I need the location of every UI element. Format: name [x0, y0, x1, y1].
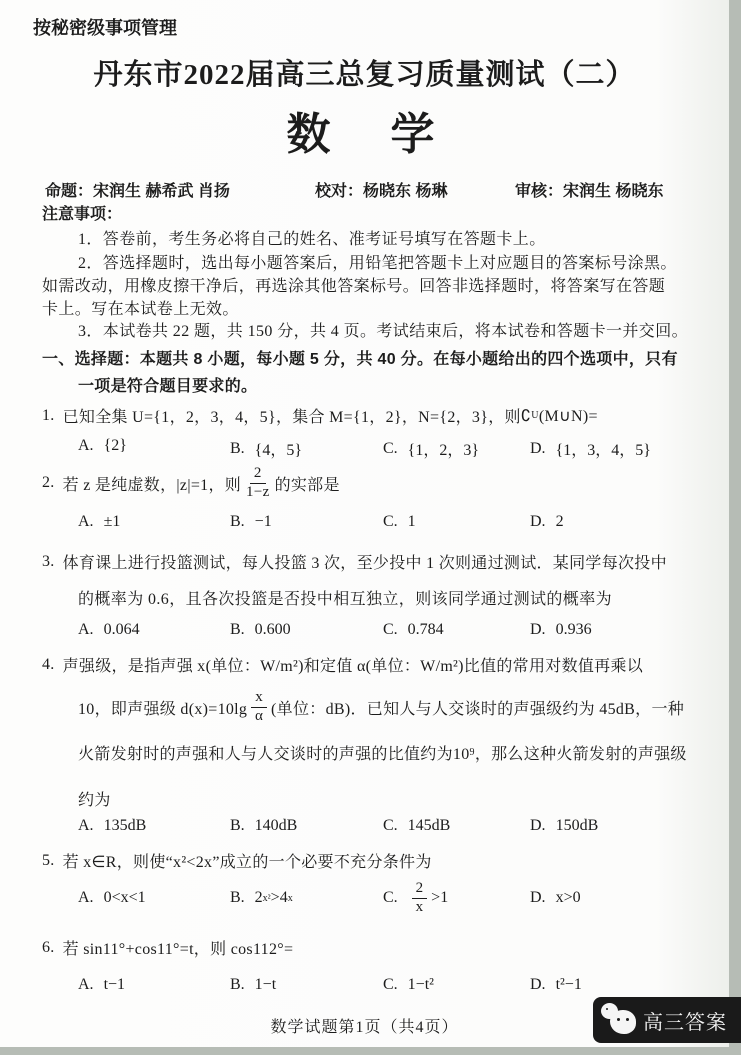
question-6: 6. 若 sin11°+cos11°=t，则 cos112°= — [42, 936, 293, 959]
notice-item-2-cont2: 卡上。写在本试卷上无效。 — [42, 296, 239, 319]
option-d: D.150dB — [530, 817, 598, 835]
subject-title: 数 学 — [0, 98, 729, 162]
option-c: C.1−t² — [383, 976, 434, 994]
option-c: C. 2 x >1 — [383, 878, 448, 918]
option-c: C.145dB — [383, 817, 450, 835]
question-5-options: A.0<x<1 B.2x²>4x C. 2 x >1 D.x>0 — [0, 878, 729, 918]
question-2-options: A.±1 B.−1 C.1 D.2 — [0, 513, 729, 539]
question-1-options: A.{2} B.{4，5} C.{1，2，3} D.{1，3，4，5} — [0, 437, 729, 463]
option-d: D.{1，3，4，5} — [530, 437, 651, 460]
watermark-badge: 高三答案 — [593, 997, 741, 1043]
option-b: B.140dB — [230, 817, 297, 835]
question-3-options: A.0.064 B.0.600 C.0.784 D.0.936 — [0, 621, 729, 647]
question-4-options: A.135dB B.140dB C.145dB D.150dB — [0, 817, 729, 843]
option-b: B.2x²>4x — [230, 889, 293, 907]
question-4: 4. 声强级，是指声强 x(单位：W/m²)和定值 α(单位：W/m²)比值的常… — [42, 653, 643, 676]
section-choice-header: 一、选择题：本题共 8 小题，每小题 5 分，共 40 分。在每小题给出的四个选… — [42, 346, 678, 369]
option-d: D.0.936 — [530, 621, 592, 639]
question-3-cont: 的概率为 0.6，且各次投篮是否投中相互独立，则该同学通过测试的概率为 — [78, 586, 612, 609]
question-3-number: 3. — [42, 553, 55, 571]
notice-item-3: 3．本试卷共 22 题，共 150 分，共 4 页。考试结束后，将本试卷和答题卡… — [78, 318, 688, 341]
option-a: A.0<x<1 — [78, 889, 146, 907]
option-c: C.1 — [383, 513, 416, 531]
option-c: C.{1，2，3} — [383, 437, 479, 460]
option-d: D.2 — [530, 513, 564, 531]
notice-title: 注意事项： — [42, 201, 122, 224]
notice-item-2-cont: 如需改动，用橡皮擦干净后，再选涂其他答案标号。回答非选择题时，将答案写在答题 — [42, 273, 665, 296]
fraction: 2 1−z — [245, 465, 271, 501]
proofreader-credits: 校对：杨晓东 杨琳 — [315, 178, 447, 201]
complement-symbol: ∁ — [521, 406, 531, 426]
question-1-number: 1. — [42, 407, 55, 425]
option-d: D.x>0 — [530, 889, 581, 907]
question-5-number: 5. — [42, 852, 55, 870]
option-d: D.t²−1 — [530, 976, 582, 994]
question-1: 1. 已知全集 U={1，2，3，4，5}，集合 M={1，2}，N={2，3}… — [42, 404, 598, 427]
notice-item-2: 2．答选择题时，选出每小题答案后，用铅笔把答题卡上对应题目的答案标号涂黑。 — [78, 250, 677, 273]
scanned-exam-page: { "page": { "classification": "按秘密级事项管理"… — [0, 0, 741, 1055]
option-a: A.135dB — [78, 817, 146, 835]
question-2: 2. 若 z 是纯虚数，|z|=1，则 2 1−z 的实部是 — [42, 464, 340, 502]
question-4-cont2: 火箭发射时的声强和人与人交谈时的声强的比值约为109，那么这种火箭发射的声强级 — [78, 741, 687, 764]
option-b: B.0.600 — [230, 621, 291, 639]
option-a: A.{2} — [78, 437, 127, 455]
section-choice-header-cont: 一项是符合题目要求的。 — [78, 373, 257, 396]
question-5: 5. 若 x∈R，则使“x²<2x”成立的一个必要不充分条件为 — [42, 849, 432, 872]
question-2-number: 2. — [42, 474, 55, 492]
chat-bubbles-logo-icon — [601, 1003, 639, 1037]
question-6-number: 6. — [42, 939, 55, 957]
reviewer-credits: 审核：宋润生 杨晓东 — [515, 178, 663, 201]
classification-notice: 按秘密级事项管理 — [33, 14, 177, 40]
option-b: B.{4，5} — [230, 437, 302, 460]
option-a: A.±1 — [78, 513, 120, 531]
option-c: C.0.784 — [383, 621, 444, 639]
option-a: A.0.064 — [78, 621, 140, 639]
question-4-number: 4. — [42, 656, 55, 674]
exam-paper: 按秘密级事项管理 丹东市2022届高三总复习质量测试（二） 数 学 命题：宋润生… — [0, 0, 729, 1047]
question-3: 3. 体育课上进行投篮测试，每人投篮 3 次，至少投中 1 次则通过测试．某同学… — [42, 550, 667, 573]
question-4-cont3: 约为 — [78, 787, 111, 810]
fraction: 2 x — [412, 880, 428, 916]
proposer-credits: 命题：宋润生 赫希武 肖扬 — [45, 178, 230, 201]
option-b: B.1−t — [230, 976, 276, 994]
exam-title: 丹东市2022届高三总复习质量测试（二） — [0, 52, 729, 93]
fraction: x α — [251, 689, 267, 725]
option-b: B.−1 — [230, 513, 272, 531]
question-4-cont1: 10，即声强级 d(x)=10lg x α (单位：dB)．已知人与人交谈时的声… — [78, 688, 684, 726]
option-a: A.t−1 — [78, 976, 125, 994]
notice-item-1: 1．答卷前，考生务必将自己的姓名、准考证号填写在答题卡上。 — [78, 226, 546, 249]
watermark-text: 高三答案 — [643, 1006, 727, 1035]
